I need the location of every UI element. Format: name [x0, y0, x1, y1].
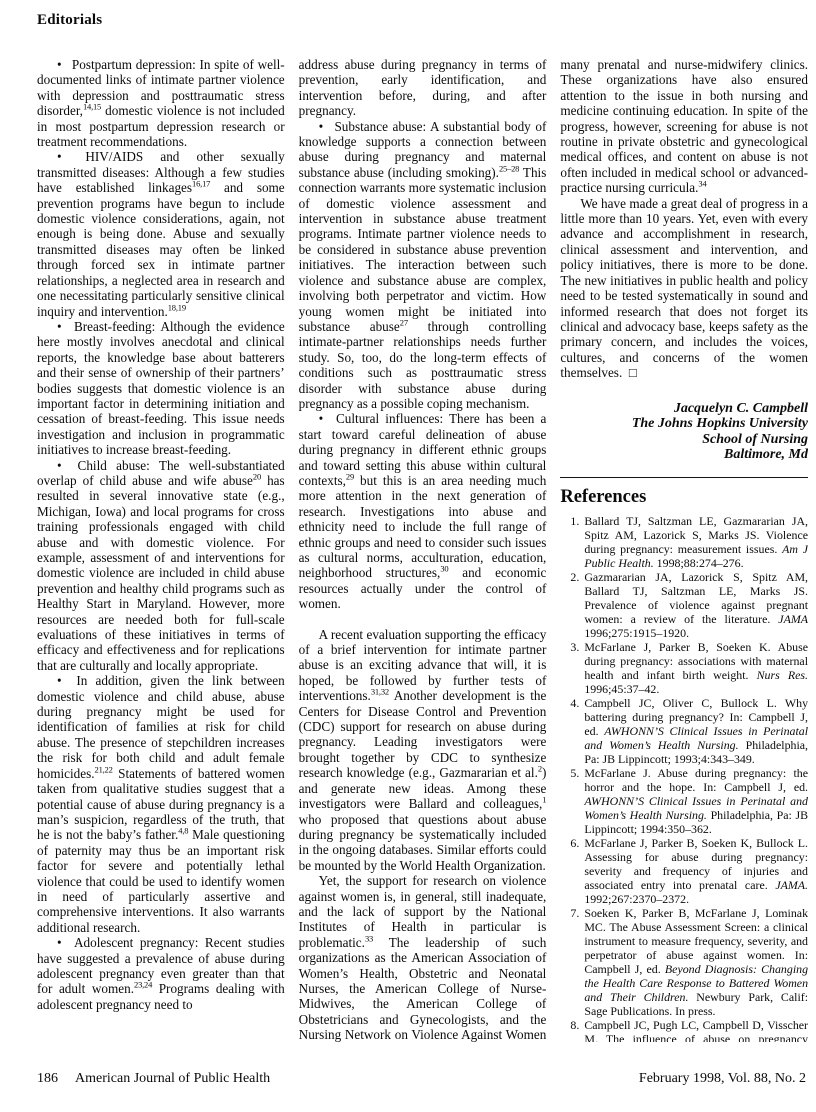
article-columns: • Postpartum depression: In spite of wel… — [37, 57, 808, 1042]
reference-text: Campbell JC, Pugh LC, Campbell D, Vissch… — [584, 1018, 808, 1042]
column-2: address abuse during pregnancy in terms … — [299, 57, 547, 1042]
section-divider — [560, 477, 808, 478]
reference-number: 1. — [560, 514, 584, 570]
reference-number: 4. — [560, 696, 584, 766]
reference-item-3: 3. McFarlane J, Parker B, Soeken K. Abus… — [560, 640, 808, 696]
reference-text: Gazmararian JA, Lazorick S, Spitz AM, Ba… — [584, 570, 808, 640]
journal-page: Editorials • Postpartum depression: In s… — [0, 0, 816, 1112]
references-list: 1. Ballard TJ, Saltzman LE, Gazmararian … — [560, 514, 808, 1042]
author-school: School of Nursing — [560, 432, 808, 448]
reference-text: McFarlane J, Parker B, Soeken K, Bullock… — [584, 836, 808, 906]
reference-number: 2. — [560, 570, 584, 640]
reference-item-1: 1. Ballard TJ, Saltzman LE, Gazmararian … — [560, 514, 808, 570]
para-substance-abuse: • Substance abuse: A substantial body of… — [299, 119, 547, 412]
reference-item-5: 5. McFarlane J. Abuse during pregnancy: … — [560, 766, 808, 836]
para-continuation-prenatal-clinics: many prenatal and nurse-midwifery clinic… — [560, 57, 808, 196]
para-breast-feeding: • Breast-feeding: Although the evidence … — [37, 319, 285, 458]
references-heading: References — [560, 487, 808, 507]
para-in-addition: • In addition, given the link between do… — [37, 673, 285, 935]
reference-number: 3. — [560, 640, 584, 696]
reference-item-4: 4. Campbell JC, Oliver C, Bullock L. Why… — [560, 696, 808, 766]
para-continuation-address-abuse: address abuse during pregnancy in terms … — [299, 57, 547, 119]
author-location: Baltimore, Md — [560, 447, 808, 463]
para-research-support: Yet, the support for research on violenc… — [299, 873, 547, 1042]
running-head: Editorials — [37, 12, 102, 29]
reference-number: 5. — [560, 766, 584, 836]
reference-text: Campbell JC, Oliver C, Bullock L. Why ba… — [584, 696, 808, 766]
column-3: many prenatal and nurse-midwifery clinic… — [560, 57, 808, 1042]
reference-text: McFarlane J, Parker B, Soeken K. Abuse d… — [584, 640, 808, 696]
reference-item-7: 7. Soeken K, Parker B, McFarlane J, Lomi… — [560, 906, 808, 1018]
reference-item-8: 8. Campbell JC, Pugh LC, Campbell D, Vis… — [560, 1018, 808, 1042]
para-recent-evaluation: A recent evaluation supporting the effic… — [299, 627, 547, 874]
reference-text: Soeken K, Parker B, McFarlane J, Lominak… — [584, 906, 808, 1018]
reference-text: McFarlane J. Abuse during pregnancy: the… — [584, 766, 808, 836]
para-child-abuse: • Child abuse: The well-substantiated ov… — [37, 458, 285, 674]
reference-number: 7. — [560, 906, 584, 1018]
reference-number: 6. — [560, 836, 584, 906]
reference-number: 8. — [560, 1018, 584, 1042]
issue-info: February 1998, Vol. 88, No. 2 — [639, 1071, 806, 1087]
author-affiliation: The Johns Hopkins University — [560, 416, 808, 432]
author-signature-block: Jacquelyn C. Campbell The Johns Hopkins … — [560, 401, 808, 463]
author-name: Jacquelyn C. Campbell — [560, 401, 808, 417]
para-progress-summary: We have made a great deal of progress in… — [560, 196, 808, 381]
para-hiv-aids: • HIV/AIDS and other sexually transmitte… — [37, 149, 285, 318]
reference-item-2: 2. Gazmararian JA, Lazorick S, Spitz AM,… — [560, 570, 808, 640]
para-adolescent-pregnancy: • Adolescent pregnancy: Recent studies h… — [37, 935, 285, 1012]
footer-left: 186American Journal of Public Health — [37, 1071, 270, 1087]
para-cultural-influences: • Cultural influences: There has been a … — [299, 411, 547, 611]
reference-item-6: 6. McFarlane J, Parker B, Soeken K, Bull… — [560, 836, 808, 906]
reference-text: Ballard TJ, Saltzman LE, Gazmararian JA,… — [584, 514, 808, 570]
page-footer: 186American Journal of Public Health Feb… — [37, 1071, 806, 1087]
page-number: 186 — [37, 1071, 58, 1086]
journal-title: American Journal of Public Health — [75, 1071, 270, 1086]
para-postpartum-depression: • Postpartum depression: In spite of wel… — [37, 57, 285, 149]
column-1: • Postpartum depression: In spite of wel… — [37, 57, 285, 1042]
